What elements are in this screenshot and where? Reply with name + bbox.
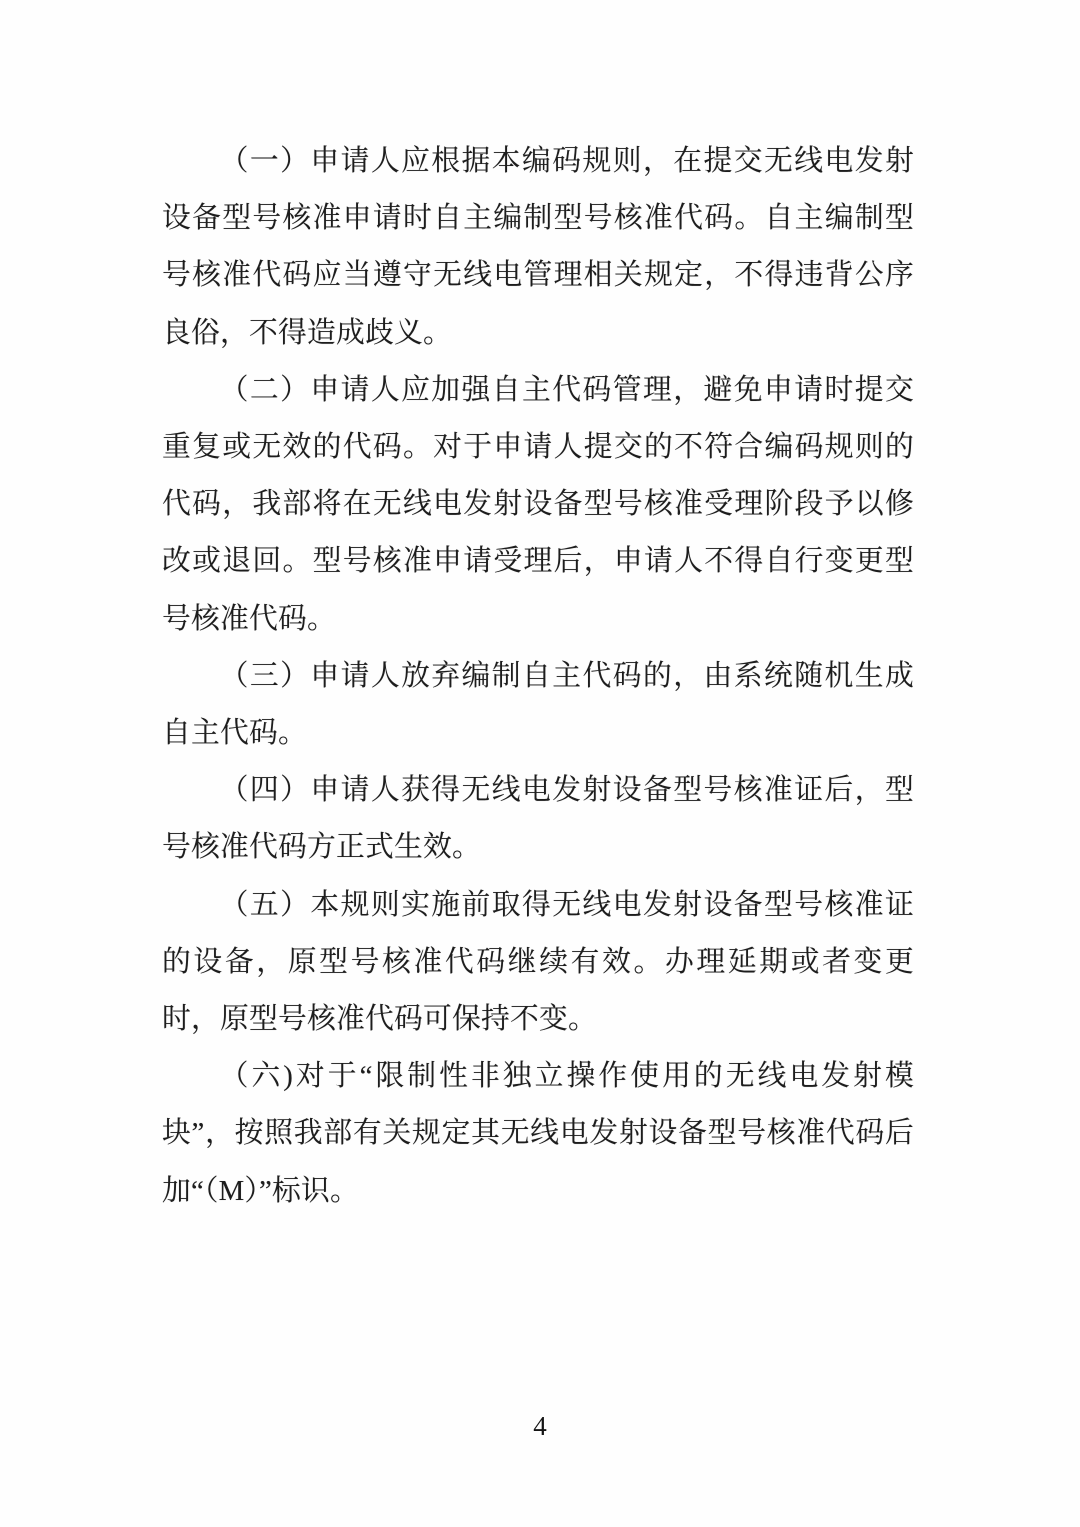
- clause-2: （二）申请人应加强自主代码管理，避免申请时提交重复或无效的代码。对于申请人提交的…: [162, 362, 914, 648]
- page-number: 4: [0, 1408, 1080, 1444]
- clause-6: （六)对于“限制性非独立操作使用的无线电发射模块”，按照我部有关规定其无线电发射…: [162, 1048, 914, 1220]
- clause-5: （五）本规则实施前取得无线电发射设备型号核准证的设备，原型号核准代码继续有效。办…: [162, 877, 914, 1049]
- clause-3: （三）申请人放弃编制自主代码的，由系统随机生成自主代码。: [162, 648, 914, 762]
- clause-4: （四）申请人获得无线电发射设备型号核准证后，型号核准代码方正式生效。: [162, 762, 914, 876]
- document-page: （一）申请人应根据本编码规则，在提交无线电发射设备型号核准申请时自主编制型号核准…: [0, 0, 1080, 1527]
- document-body: （一）申请人应根据本编码规则，在提交无线电发射设备型号核准申请时自主编制型号核准…: [162, 133, 914, 1220]
- clause-1: （一）申请人应根据本编码规则，在提交无线电发射设备型号核准申请时自主编制型号核准…: [162, 133, 914, 362]
